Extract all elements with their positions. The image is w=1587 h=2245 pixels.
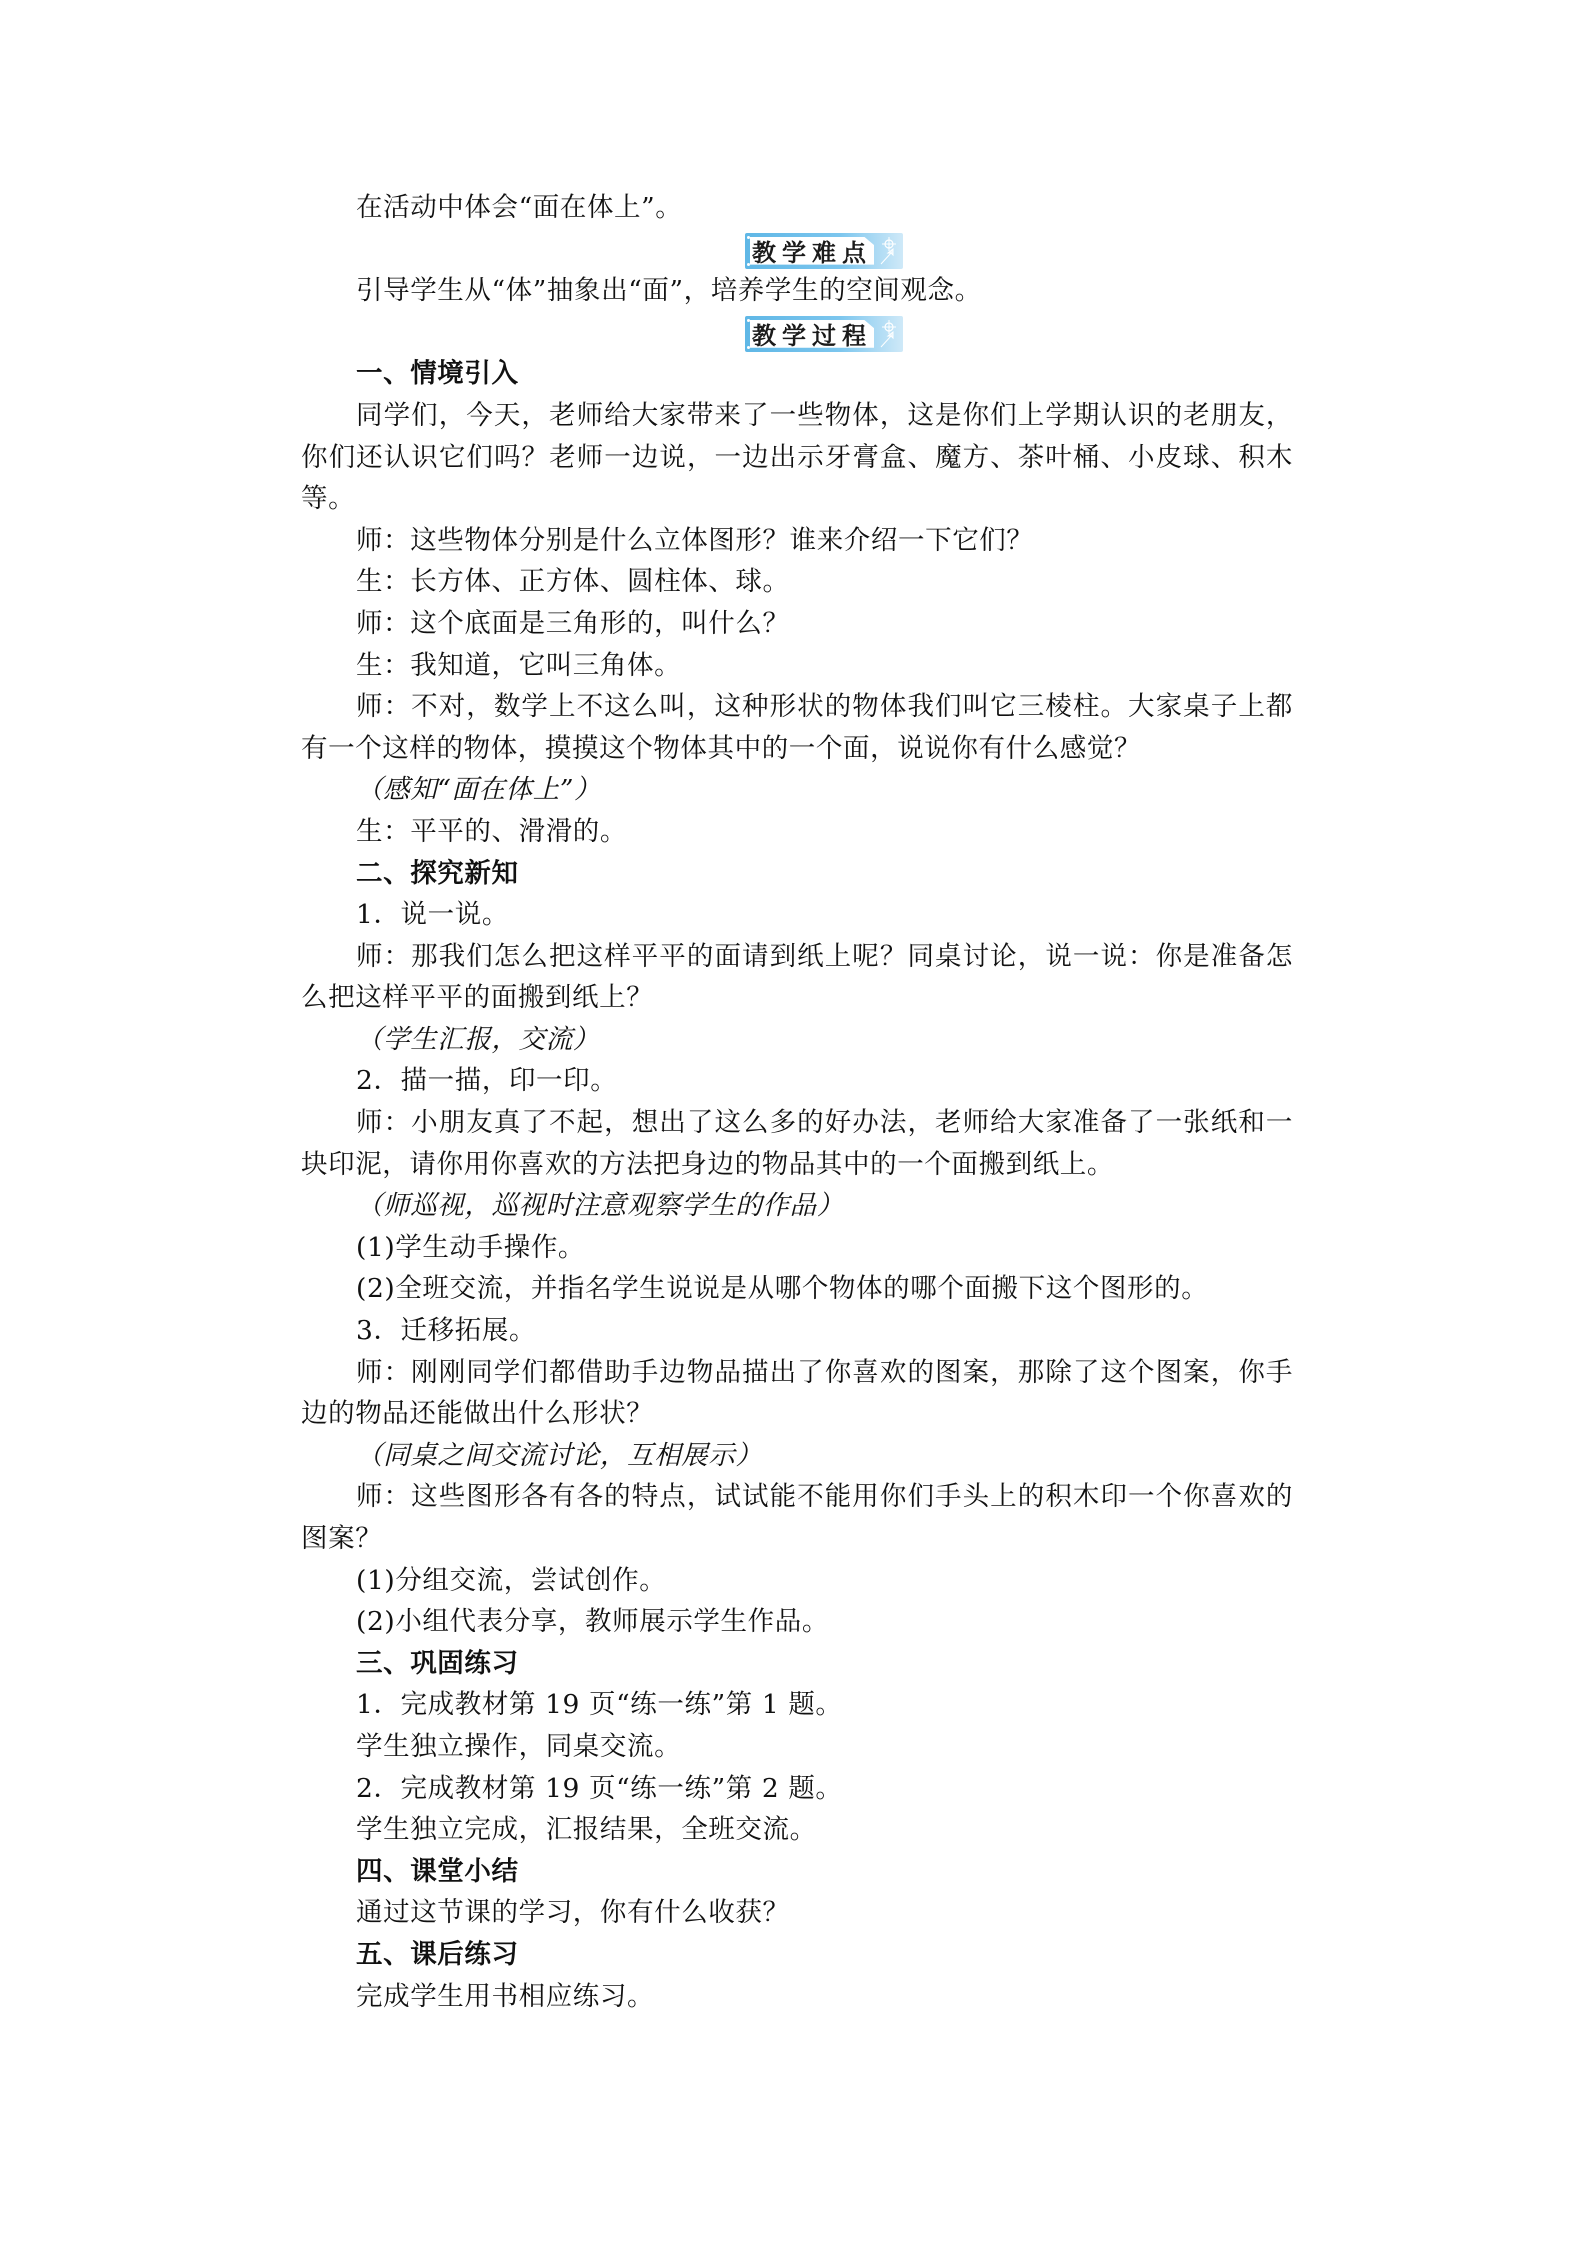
text-line: 生：平平的、滑滑的。 <box>301 811 1293 853</box>
section-heading: 二、探究新知 <box>301 853 1293 895</box>
text-line: (1)学生动手操作。 <box>301 1227 1293 1269</box>
badge-dot-icon <box>747 346 750 349</box>
section-badge-process: 教学过程 <box>745 316 903 352</box>
text-line: 2．完成教材第 19 页“练一练”第 2 题。 <box>301 1768 1293 1810</box>
text-line: (2)全班交流，并指名学生说说是从哪个物体的哪个面搬下这个图形的。 <box>301 1268 1293 1310</box>
text-line: 通过这节课的学习，你有什么收获？ <box>301 1892 1293 1934</box>
text-line: 完成学生用书相应练习。 <box>301 1976 1293 2018</box>
document-page: 在活动中体会“面在体上”。 教学难点 引导学生从“体”抽象出“面”，培养学生的空… <box>301 187 1293 2017</box>
paragraph: 师：这些图形各有各的特点，试试能不能用你们手头上的积木印一个你喜欢的图案？ <box>301 1476 1293 1559</box>
paragraph: 师：那我们怎么把这样平平的面请到纸上呢？同桌讨论，说一说：你是准备怎么把这样平平… <box>301 936 1293 1019</box>
section-heading: 四、课堂小结 <box>301 1851 1293 1893</box>
activity-note: （同桌之间交流讨论，互相展示） <box>301 1435 1293 1477</box>
badge-dot-icon <box>747 263 750 266</box>
text-line: 生：我知道，它叫三角体。 <box>301 645 1293 687</box>
section-heading: 五、课后练习 <box>301 1934 1293 1976</box>
text-line: 3．迁移拓展。 <box>301 1310 1293 1352</box>
difficulty-text: 引导学生从“体”抽象出“面”，培养学生的空间观念。 <box>301 270 1293 312</box>
activity-note: （学生汇报，交流） <box>301 1019 1293 1061</box>
activity-note: （师巡视，巡视时注意观察学生的作品） <box>301 1185 1293 1227</box>
badge-row-difficulty: 教学难点 <box>301 229 1293 271</box>
section-heading: 三、巩固练习 <box>301 1643 1293 1685</box>
lesson-sections: 一、情境引入同学们，今天，老师给大家带来了一些物体，这是你们上学期认识的老朋友，… <box>301 353 1293 2017</box>
paragraph: 同学们，今天，老师给大家带来了一些物体，这是你们上学期认识的老朋友，你们还认识它… <box>301 395 1293 520</box>
text-line: 学生独立操作，同桌交流。 <box>301 1726 1293 1768</box>
section-heading: 一、情境引入 <box>301 353 1293 395</box>
crosshair-arrow-icon <box>877 319 899 349</box>
text-line: (1)分组交流，尝试创作。 <box>301 1560 1293 1602</box>
text-line: (2)小组代表分享，教师展示学生作品。 <box>301 1601 1293 1643</box>
paragraph: 师：不对，数学上不这么叫，这种形状的物体我们叫它三棱柱。大家桌子上都有一个这样的… <box>301 686 1293 769</box>
text-line: 1．完成教材第 19 页“练一练”第 1 题。 <box>301 1684 1293 1726</box>
activity-note: （感知“面在体上”） <box>301 769 1293 811</box>
badge-row-process: 教学过程 <box>301 312 1293 354</box>
badge-dot-icon <box>747 236 750 239</box>
badge-title: 教学过程 <box>750 320 874 348</box>
paragraph: 师：刚刚同学们都借助手边物品描出了你喜欢的图案，那除了这个图案，你手边的物品还能… <box>301 1352 1293 1435</box>
badge-dot-icon <box>747 319 750 322</box>
text-line: 1．说一说。 <box>301 894 1293 936</box>
text-line: 2．描一描，印一印。 <box>301 1060 1293 1102</box>
text-line: 生：长方体、正方体、圆柱体、球。 <box>301 561 1293 603</box>
badge-title: 教学难点 <box>750 237 874 265</box>
text-line: 师：这些物体分别是什么立体图形？谁来介绍一下它们？ <box>301 520 1293 562</box>
crosshair-arrow-icon <box>877 236 899 266</box>
text-line: 学生独立完成，汇报结果，全班交流。 <box>301 1809 1293 1851</box>
text-line: 师：这个底面是三角形的，叫什么？ <box>301 603 1293 645</box>
section-badge-difficulty: 教学难点 <box>745 233 903 269</box>
paragraph: 师：小朋友真了不起，想出了这么多的好办法，老师给大家准备了一张纸和一块印泥，请你… <box>301 1102 1293 1185</box>
intro-line: 在活动中体会“面在体上”。 <box>301 187 1293 229</box>
